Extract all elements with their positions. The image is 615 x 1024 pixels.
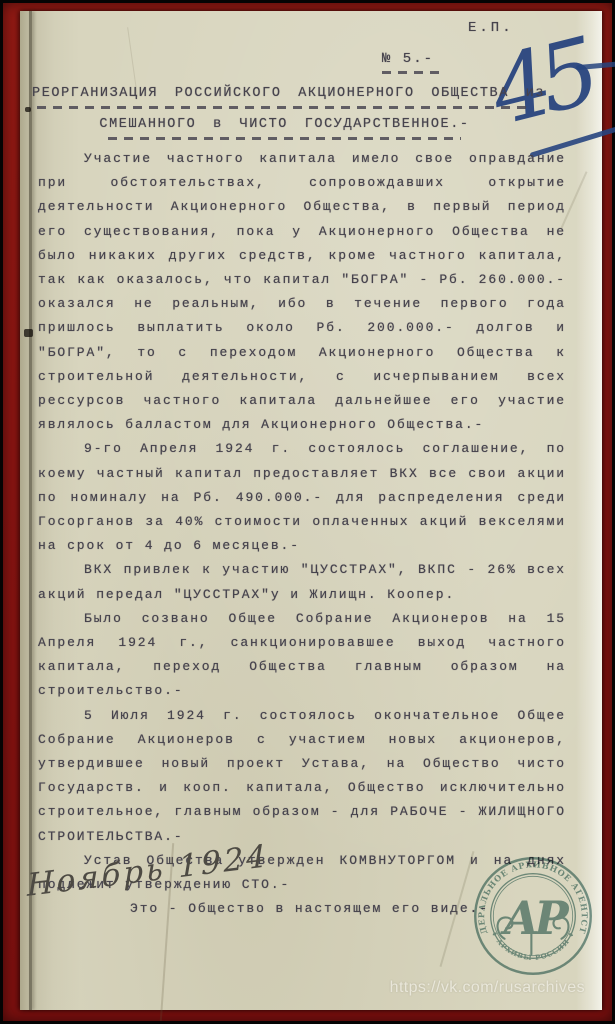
corner-initials: Е.П. xyxy=(468,20,514,36)
document-number-underline xyxy=(382,71,442,74)
federal-archive-agency-stamp-icon: ФЕДЕРАЛЬНОЕ АРХИВНОЕ АГЕНТСТВО ♦ АРХИВЫ … xyxy=(472,855,594,977)
scanned-archive-document: Е.П. № 5.- 45 РЕОРГАНИЗАЦИЯ РОССИЙСКОГО … xyxy=(0,0,615,1024)
title-underline-1 xyxy=(37,106,532,109)
paragraph-4: Было созвано Общее Собрание Акционеров н… xyxy=(38,607,566,704)
watermark-url: https://vk.com/rusarchives xyxy=(390,979,585,997)
paragraph-1: Участие частного капитала имело свое опр… xyxy=(38,147,566,437)
document-page: Е.П. № 5.- 45 РЕОРГАНИЗАЦИЯ РОССИЙСКОГО … xyxy=(20,11,602,1010)
title-line-2: СМЕШАННОГО в ЧИСТО ГОСУДАРСТВЕННОЕ.- xyxy=(32,117,537,132)
stamp-monogram: АР xyxy=(500,891,570,945)
document-body: Участие частного капитала имело свое опр… xyxy=(38,147,566,922)
title-underline-2 xyxy=(108,137,462,140)
paragraph-3: ВКХ привлек к участию "ЦУССТРАХ", ВКПС -… xyxy=(38,558,566,606)
binding-edge-line xyxy=(29,11,32,1010)
document-number: № 5.- xyxy=(382,51,434,67)
paragraph-5: 5 Июля 1924 г. состоялось окончательное … xyxy=(38,704,566,849)
title-line-1: РЕОРГАНИЗАЦИЯ РОССИЙСКОГО АКЦИОНЕРНОГО О… xyxy=(32,86,537,101)
document-title: РЕОРГАНИЗАЦИЯ РОССИЙСКОГО АКЦИОНЕРНОГО О… xyxy=(32,86,537,140)
edge-speck xyxy=(25,107,31,112)
edge-speck xyxy=(24,329,33,337)
document-number-block: № 5.- xyxy=(382,51,442,74)
paragraph-2: 9-го Апреля 1924 г. состоялось соглашени… xyxy=(38,437,566,558)
